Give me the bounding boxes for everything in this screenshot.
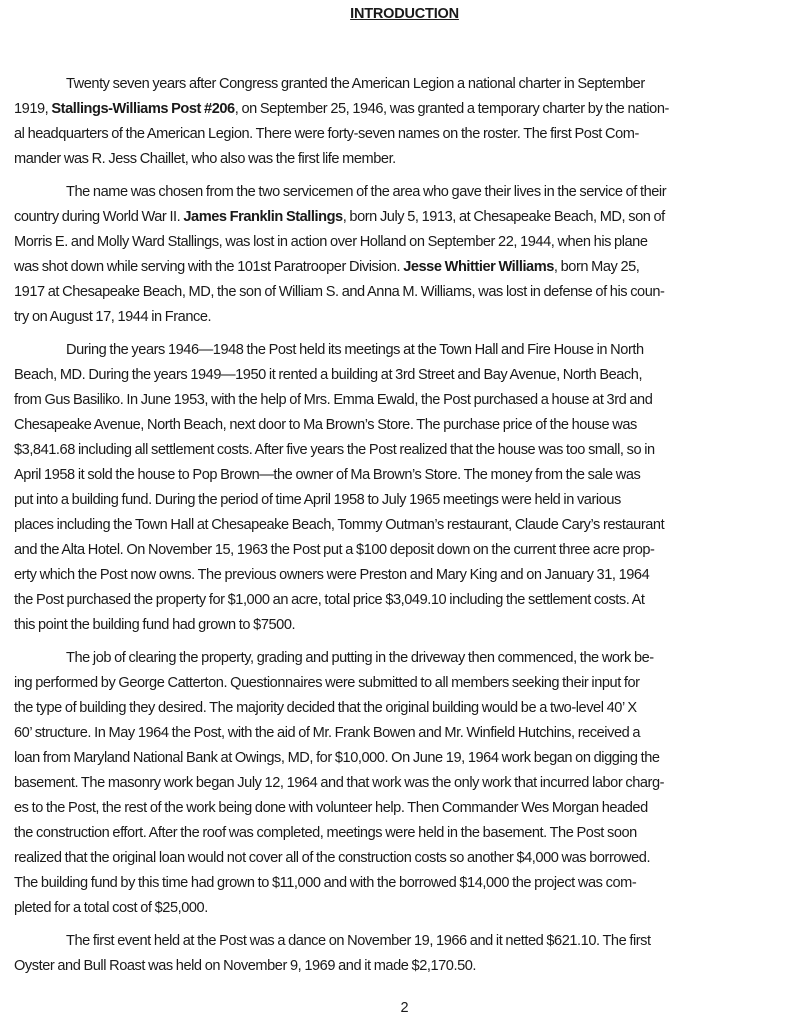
text-line: The first event held at the Post was a d…	[14, 929, 804, 954]
text-line: and the Alta Hotel. On November 15, 1963…	[14, 538, 804, 563]
paragraph-first-events: The first event held at the Post was a d…	[14, 929, 804, 979]
post-name-bold: Stallings-Williams Post #206	[51, 101, 234, 117]
text-line: April 1958 it sold the house to Pop Brow…	[14, 463, 804, 488]
text-line: During the years 1946—1948 the Post held…	[14, 338, 804, 363]
text-line: The name was chosen from the two service…	[14, 180, 804, 205]
text-line: Beach, MD. During the years 1949—1950 it…	[14, 363, 804, 388]
text-line: 1917 at Chesapeake Beach, MD, the son of…	[14, 280, 804, 305]
text-line: Chesapeake Avenue, North Beach, next doo…	[14, 413, 804, 438]
text-line: 1919, Stallings-Williams Post #206, on S…	[14, 97, 804, 122]
text-line: was shot down while serving with the 101…	[14, 255, 804, 280]
text-line: the type of building they desired. The m…	[14, 696, 804, 721]
text-line: put into a building fund. During the per…	[14, 488, 804, 513]
text-line: try on August 17, 1944 in France.	[14, 305, 804, 330]
text-line: erty which the Post now owns. The previo…	[14, 563, 804, 588]
document-body: Twenty seven years after Congress grante…	[14, 72, 804, 987]
name-williams-bold: Jesse Whittier Williams	[403, 259, 554, 275]
text-line: Morris E. and Molly Ward Stallings, was …	[14, 230, 804, 255]
text-line: al headquarters of the American Legion. …	[14, 122, 804, 147]
text-line: the construction effort. After the roof …	[14, 821, 804, 846]
page-number: 2	[0, 1000, 809, 1016]
paragraph-meeting-places: During the years 1946—1948 the Post held…	[14, 338, 804, 638]
text-line: loan from Maryland National Bank at Owin…	[14, 746, 804, 771]
text-line: basement. The masonry work began July 12…	[14, 771, 804, 796]
text-line: from Gus Basiliko. In June 1953, with th…	[14, 388, 804, 413]
text-line: realized that the original loan would no…	[14, 846, 804, 871]
text-line: pleted for a total cost of $25,000.	[14, 896, 804, 921]
text-line: Oyster and Bull Roast was held on Novemb…	[14, 954, 804, 979]
text-line: country during World War II. James Frank…	[14, 205, 804, 230]
text-line: The building fund by this time had grown…	[14, 871, 804, 896]
text-line: ing performed by George Catterton. Quest…	[14, 671, 804, 696]
paragraph-charter: Twenty seven years after Congress grante…	[14, 72, 804, 172]
text-line: this point the building fund had grown t…	[14, 613, 804, 638]
text-line: The job of clearing the property, gradin…	[14, 646, 804, 671]
text-line: Twenty seven years after Congress grante…	[14, 72, 804, 97]
text-line: the Post purchased the property for $1,0…	[14, 588, 804, 613]
text-line: 60’ structure. In May 1964 the Post, wit…	[14, 721, 804, 746]
text-line: places including the Town Hall at Chesap…	[14, 513, 804, 538]
text-line: es to the Post, the rest of the work bei…	[14, 796, 804, 821]
page-title: INTRODUCTION	[0, 6, 809, 22]
name-stallings-bold: James Franklin Stallings	[183, 209, 342, 225]
text-line: $3,841.68 including all settlement costs…	[14, 438, 804, 463]
paragraph-construction: The job of clearing the property, gradin…	[14, 646, 804, 921]
paragraph-namesakes: The name was chosen from the two service…	[14, 180, 804, 330]
text-line: mander was R. Jess Chaillet, who also wa…	[14, 147, 804, 172]
